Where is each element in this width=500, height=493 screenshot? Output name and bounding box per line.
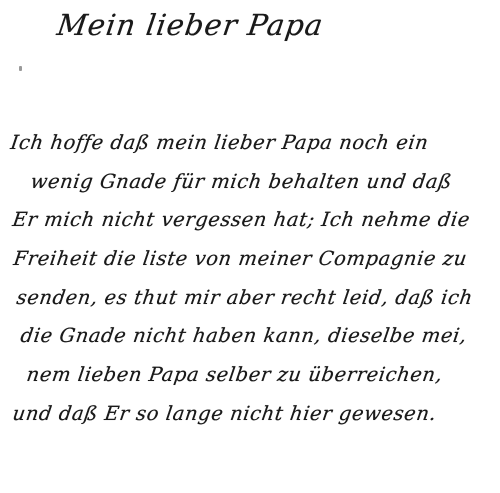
letter-line: die Gnade nicht haben kann, dieselbe mei… [8,317,500,356]
salutation-line: Mein lieber Papa [55,8,326,42]
letter-line: und daß Er so lange nicht hier gewesen. [8,395,500,434]
letter-body: Ich hoffe daß mein lieber Papa noch ein … [8,124,496,434]
letter-line: Ich hoffe daß mein lieber Papa noch ein [8,124,500,163]
letter-line: senden, es thut mir aber recht leid, daß… [8,279,500,318]
letter-line: wenig Gnade für mich behalten und daß [8,163,500,202]
letter-line: Freiheit die liste von meiner Compagnie … [8,240,500,279]
letter-line: Er mich nicht vergessen hat; Ich nehme d… [8,201,500,240]
letter-scan: Mein lieber Papa Ich hoffe daß mein lieb… [0,0,500,493]
letter-line: nem lieben Papa selber zu überreichen, [8,356,500,395]
ink-speck [19,66,22,71]
